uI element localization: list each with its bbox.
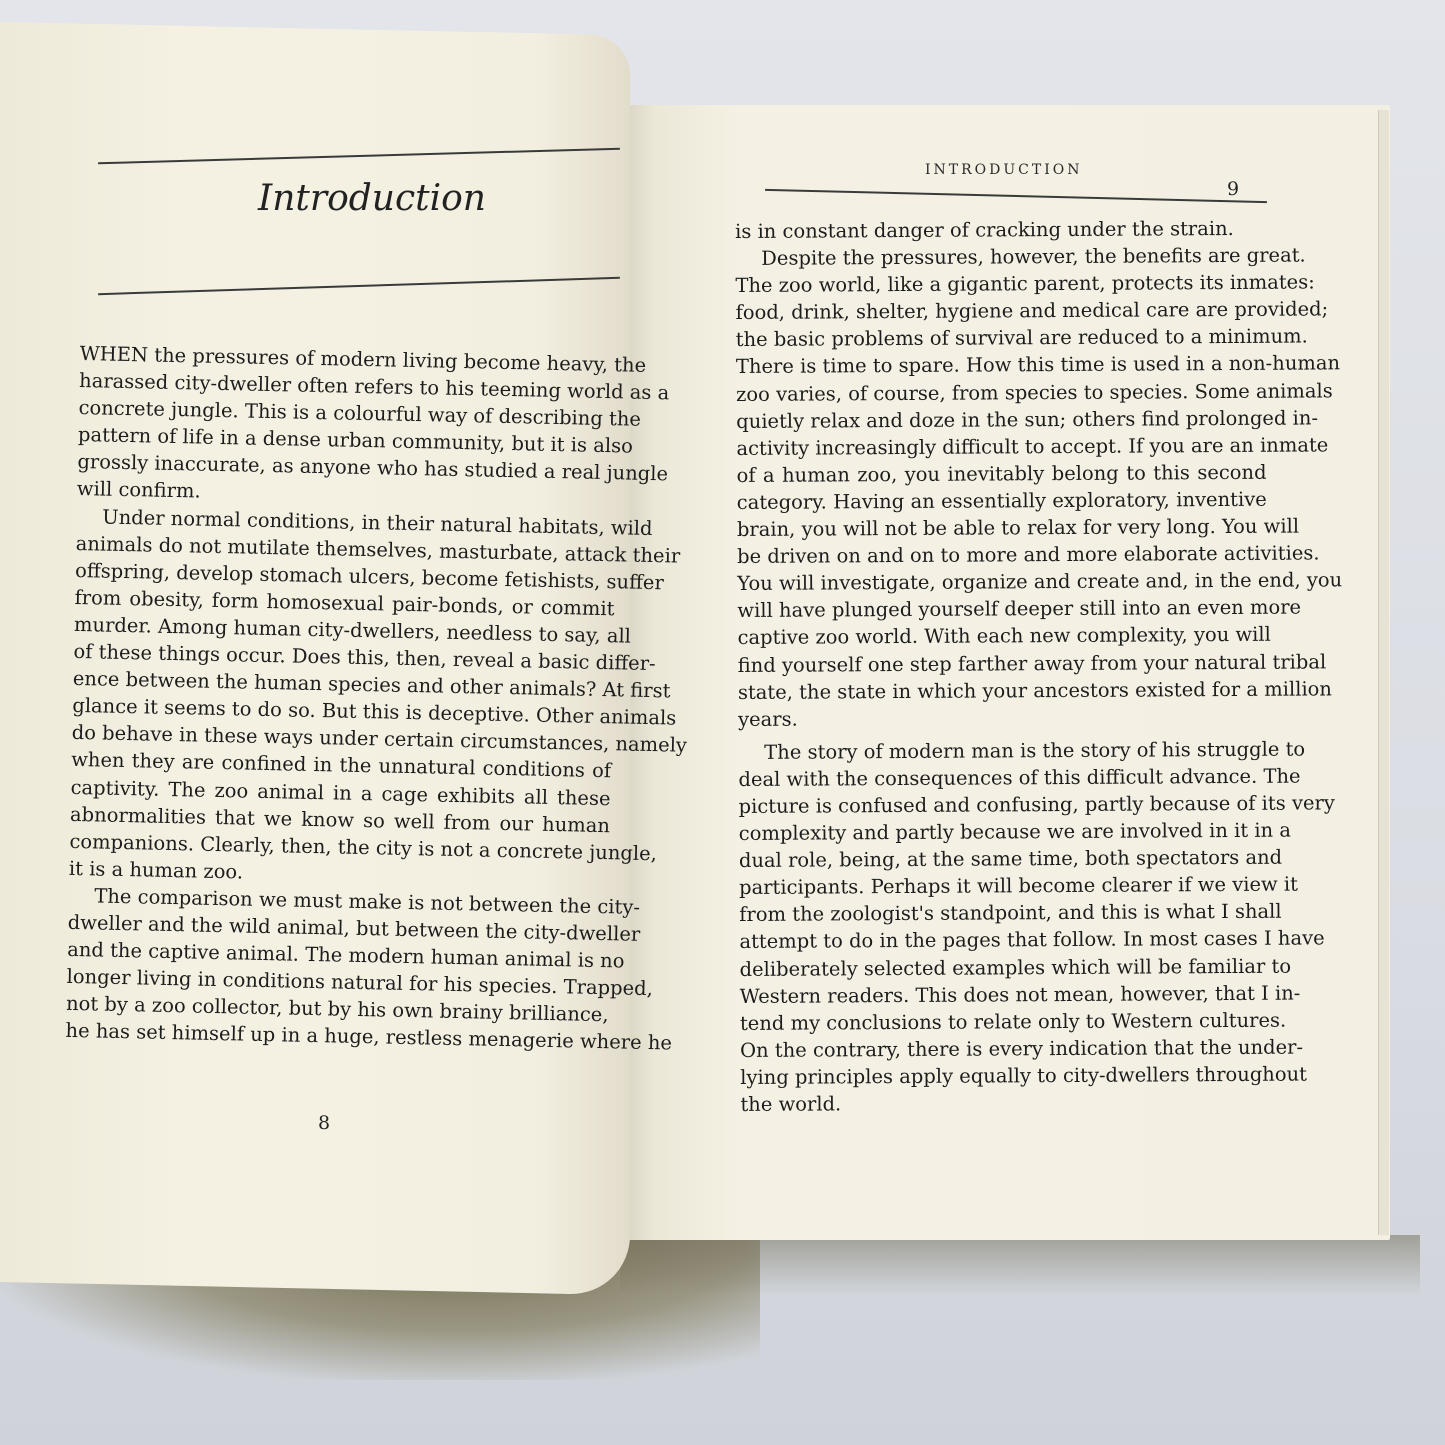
- text-line: from the zoologist's standpoint, and thi…: [739, 898, 1269, 928]
- text-line: tend my conclusions to relate only to We…: [740, 1006, 1270, 1036]
- text-line: find yourself one step farther away from…: [738, 648, 1268, 678]
- text-line: of a human zoo, you inevitably belong to…: [736, 459, 1266, 489]
- text-line: The story of modern man is the story of …: [738, 736, 1268, 766]
- text-line: food, drink, shelter, hygiene and medica…: [735, 296, 1265, 326]
- text-line: category. Having an essentially explorat…: [737, 486, 1267, 516]
- text-line: zoo varies, of course, from species to s…: [736, 377, 1266, 407]
- text-line: deal with the consequences of this diffi…: [738, 763, 1268, 793]
- text-line: is in constant danger of cracking under …: [735, 215, 1265, 245]
- text-line: will have plunged yourself deeper still …: [737, 594, 1267, 624]
- text-line: On the contrary, there is every indicati…: [740, 1034, 1270, 1064]
- text-line: quietly relax and doze in the sun; other…: [736, 404, 1266, 434]
- text-line: complexity and partly because we are inv…: [739, 817, 1269, 847]
- chapter-title: Introduction: [258, 178, 486, 219]
- text-line: lying principles apply equally to city-d…: [740, 1061, 1270, 1091]
- right-page-text: is in constant danger of cracking under …: [735, 215, 1270, 1118]
- text-line: picture is confused and confusing, partl…: [739, 790, 1269, 820]
- text-line: deliberately selected examples which wil…: [740, 952, 1270, 982]
- left-page-text: WHEN the pressures of modern living beco…: [65, 340, 620, 1056]
- right-page-number: 9: [1227, 178, 1239, 200]
- text-line: captive zoo world. With each new complex…: [737, 621, 1267, 651]
- left-page-number: 8: [318, 1112, 330, 1134]
- text-line: attempt to do in the pages that follow. …: [739, 925, 1269, 955]
- text-line: brain, you will not be able to relax for…: [737, 513, 1267, 543]
- text-line: participants. Perhaps it will become cle…: [739, 871, 1269, 901]
- text-line: There is time to spare. How this time is…: [736, 350, 1266, 380]
- book-shadow-right: [620, 1235, 1420, 1295]
- text-line: the world.: [740, 1088, 1270, 1118]
- text-line: years.: [738, 702, 1268, 732]
- text-line: The zoo world, like a gigantic parent, p…: [735, 269, 1265, 299]
- text-line: be driven on and on to more and more ela…: [737, 540, 1267, 570]
- text-line: activity increasingly difficult to accep…: [736, 432, 1266, 462]
- text-line: state, the state in which your ancestors…: [738, 675, 1268, 705]
- text-line: You will investigate, organize and creat…: [737, 567, 1267, 597]
- text-line: Western readers. This does not mean, how…: [740, 979, 1270, 1009]
- text-line: Despite the pressures, however, the bene…: [735, 242, 1265, 272]
- running-head: INTRODUCTION: [925, 162, 1082, 178]
- text-line: dual role, being, at the same time, both…: [739, 844, 1269, 874]
- page-stack-edge: [1378, 110, 1389, 1235]
- text-line: the basic problems of survival are reduc…: [736, 323, 1266, 353]
